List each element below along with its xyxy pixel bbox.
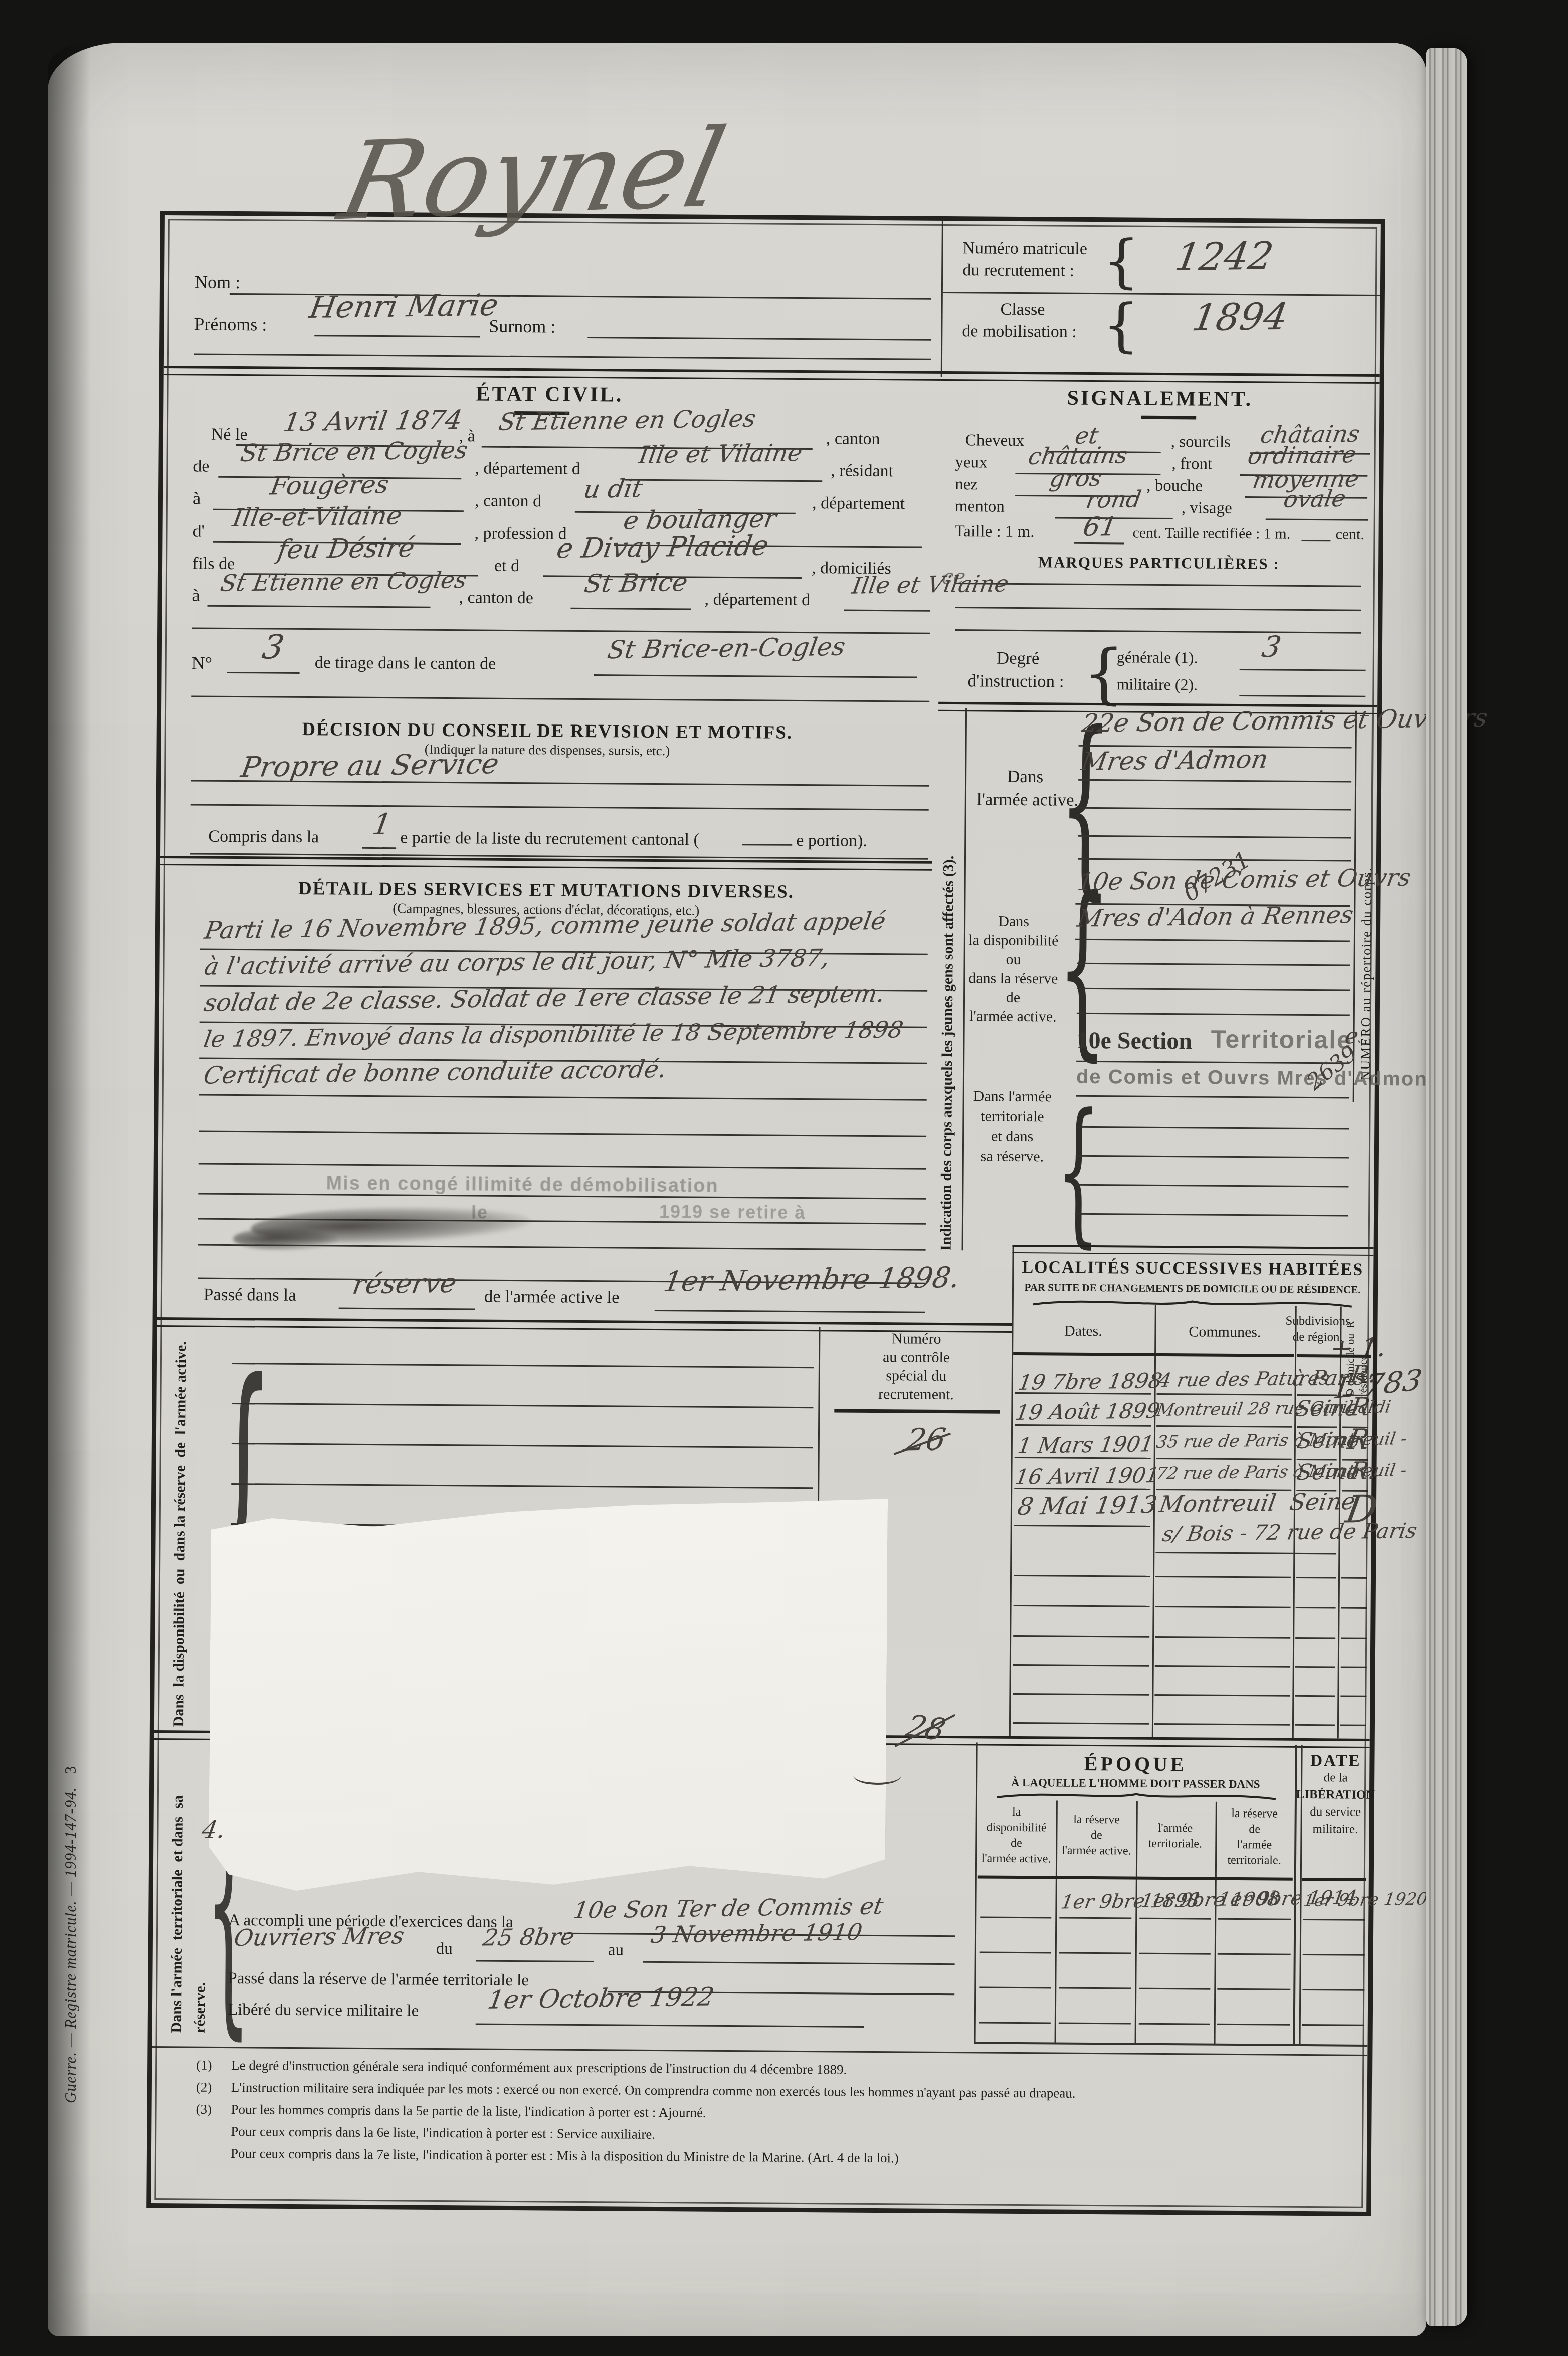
col-header-communes: Communes. xyxy=(1154,1323,1295,1341)
matricule-label2: du recrutement : xyxy=(962,261,1074,281)
numero-tirage-value: 3 xyxy=(260,628,287,666)
rule-line xyxy=(232,1363,814,1368)
localites-subtitle: PAR SUITE DE CHANGEMENTS DE DOMICILE OU … xyxy=(1012,1281,1373,1296)
rule-line xyxy=(1059,1952,1131,1954)
periode-debut-value: 25 8bre xyxy=(481,1923,577,1951)
footnote-text: Pour ceux compris dans la 7e liste, l'in… xyxy=(231,2146,899,2166)
label-line: Numéro xyxy=(892,1329,941,1348)
rule-line xyxy=(1155,1665,1290,1668)
rule-line xyxy=(1240,669,1366,671)
rule-line xyxy=(1075,1184,1348,1188)
rule-line xyxy=(1075,939,1350,942)
rule-line xyxy=(1139,1953,1211,1955)
conge-stamp-date: 1919 se retire à xyxy=(659,1201,806,1223)
footnote-text: Le degré d'instruction générale sera ind… xyxy=(231,2058,847,2078)
label-line: et dans xyxy=(991,1127,1033,1147)
flourish-divider xyxy=(996,1789,1277,1802)
departement-label: , département d xyxy=(704,590,810,610)
rule-line xyxy=(1014,1488,1150,1490)
rule-line xyxy=(1013,1664,1149,1667)
photo-of-register: { "colors":{"paper":"#d7d6d1","patch_pap… xyxy=(0,0,1568,2356)
departement-label: , département d xyxy=(475,459,580,478)
rule-line xyxy=(1296,1607,1336,1609)
rule-line xyxy=(1295,1695,1335,1697)
generale-label: générale (1). xyxy=(1117,648,1198,667)
label-line: la réserve xyxy=(1231,1806,1278,1822)
rule-line xyxy=(199,1094,927,1101)
footnote-text: Pour ceux compris dans la 6e liste, l'in… xyxy=(231,2124,655,2142)
label-line: Dans xyxy=(998,912,1029,931)
label-line: l'armée active. xyxy=(172,1341,189,1435)
residant-label: , résidant xyxy=(831,461,893,481)
rule-line xyxy=(974,2042,1368,2046)
mere-value: e Divay Placide xyxy=(554,530,771,565)
label-line: de xyxy=(172,1442,189,1458)
localite-date: 8 Mai 1913 xyxy=(1016,1491,1159,1521)
rule-line xyxy=(1217,1988,1290,1990)
rule-line xyxy=(1295,1666,1335,1668)
rule-line xyxy=(1156,1458,1292,1460)
rule-line xyxy=(1013,1635,1149,1638)
rule-line xyxy=(1013,1722,1149,1725)
epoque-col2-header: la réserve de l'armée active. xyxy=(1058,1812,1135,1859)
label-line: ou xyxy=(171,1568,188,1584)
canton-naissance-value: St Brice en Cogles xyxy=(238,436,470,467)
rule-line xyxy=(1303,1919,1365,1921)
instruction-label: d'instruction : xyxy=(967,671,1064,691)
controle-number-1: 26 xyxy=(904,1422,948,1458)
label-line: l'armée active. xyxy=(969,1007,1057,1026)
rule-line xyxy=(1139,2023,1210,2025)
label-line: ou xyxy=(1006,950,1021,969)
rule-line xyxy=(980,1951,1051,1953)
menton-value: rond xyxy=(1084,485,1143,513)
label-line: de la xyxy=(1324,1769,1348,1786)
rule-line xyxy=(570,608,691,610)
dispo-reserve-side-label: Dans la disponibilité ou dans la réserve… xyxy=(167,1336,216,1727)
localite-dr: R. xyxy=(1348,1457,1379,1485)
cheveux-label: Cheveux xyxy=(965,431,1025,450)
rule-line xyxy=(1014,1575,1150,1577)
yeux-label: yeux xyxy=(955,453,987,472)
footnote-text: L'instruction militaire sera indiquée pa… xyxy=(231,2080,1076,2101)
matricule-value: 1242 xyxy=(1172,234,1277,280)
label-line: territoriale. xyxy=(1227,1853,1281,1869)
rule-line xyxy=(1157,1393,1292,1396)
rule-line xyxy=(1295,1724,1335,1726)
rule-line xyxy=(1076,1061,1349,1064)
rule-line xyxy=(191,695,929,702)
rule-line xyxy=(1076,1126,1349,1130)
profession-label: , profession d xyxy=(474,524,566,543)
rule-line xyxy=(1076,1095,1349,1099)
rule-line xyxy=(1015,1424,1151,1427)
rule-line xyxy=(643,1961,955,1965)
canton-parents-value: St Brice xyxy=(582,568,690,598)
rule-line xyxy=(594,674,917,678)
epoque-value: 1er 9bre 1920 xyxy=(1302,1889,1429,1911)
footnote-text: Pour les hommes compris dans la 5e parti… xyxy=(231,2102,706,2121)
rule-line xyxy=(742,844,792,846)
rule-line xyxy=(1077,1013,1350,1016)
label-line: disponibilité xyxy=(986,1820,1046,1836)
label-line: la disponibilité xyxy=(968,931,1058,950)
canton-label: , canton xyxy=(826,429,880,449)
rule-line xyxy=(955,629,1361,634)
rule-line xyxy=(232,1443,813,1448)
nom-label: Nom : xyxy=(194,271,240,293)
ne-le-value: 13 Avril 1874 xyxy=(281,405,465,438)
book-page-edges xyxy=(1426,48,1467,2326)
militaire-label: militaire (2). xyxy=(1116,675,1198,694)
rule-line xyxy=(587,337,931,341)
rule-line xyxy=(1015,1457,1151,1459)
rule-line xyxy=(1239,695,1365,697)
rule-line xyxy=(1076,1155,1349,1159)
rule-line xyxy=(207,605,430,608)
label-line: et dans xyxy=(169,1817,186,1862)
passe-reserve-date: 1er Novembre 1898. xyxy=(661,1261,962,1298)
nom-script-value: Roynel xyxy=(330,105,735,245)
label-line: Dans l'armée xyxy=(168,1948,185,2033)
rule-line xyxy=(979,2022,1051,2024)
label-line: DATE xyxy=(1310,1752,1361,1770)
label-line: de xyxy=(1091,1828,1102,1843)
brace-icon: { xyxy=(1056,1093,1101,1250)
rule-line xyxy=(1296,1577,1336,1579)
rule-line xyxy=(1077,988,1350,991)
rule-line xyxy=(1059,2023,1131,2025)
rule-line xyxy=(194,353,931,360)
rule-line xyxy=(1266,518,1368,520)
flourish-divider xyxy=(1032,1295,1353,1310)
etat-civil-title: ÉTAT CIVIL. xyxy=(163,380,935,409)
rule-line xyxy=(1154,1694,1290,1697)
rule-line xyxy=(476,2023,864,2027)
rule-line xyxy=(476,1960,594,1962)
departement-residence-value: Ille-et-Vilaine xyxy=(231,501,405,532)
rule-line xyxy=(231,1483,813,1489)
canton-residence-value: u dit xyxy=(581,474,645,504)
label-line: du service xyxy=(1310,1803,1361,1821)
rule-line xyxy=(1218,1953,1291,1955)
label-line: de xyxy=(1011,1836,1022,1851)
decision-value: Propre au Service xyxy=(239,748,501,784)
label-line: Dans xyxy=(170,1694,187,1727)
canton-tirage-value: St Brice-en-Cogles xyxy=(606,632,848,664)
rule-line xyxy=(1217,2024,1290,2026)
services-line: le 1897. Envoyé dans la disponibilité le… xyxy=(202,1016,905,1052)
rule-line xyxy=(1014,1605,1150,1607)
label-line: l'armée active. xyxy=(1062,1843,1131,1859)
column-divider xyxy=(941,221,943,377)
controle-header: Numéro au contrôle spécial du recrutemen… xyxy=(823,1329,1009,1404)
rule-line xyxy=(1154,1723,1290,1726)
rule-line xyxy=(1013,1352,1294,1357)
passe-territoriale-label: Passé dans la réserve de l'armée territo… xyxy=(228,1969,529,1990)
brace-icon: { xyxy=(1102,297,1139,355)
rule-line xyxy=(980,1916,1051,1918)
rule-line xyxy=(1078,835,1351,839)
passe-reserve-label2: de l'armée active le xyxy=(484,1287,620,1308)
territoriale-stamp: Territoriale xyxy=(1211,1025,1352,1055)
localites-title: LOCALITÉS SUCCESSIVES HABITÉES xyxy=(1012,1258,1373,1280)
signalement-title: SIGNALEMENT. xyxy=(940,385,1379,412)
rule-line xyxy=(1078,807,1351,811)
armee-active-label: Dans xyxy=(1007,767,1043,787)
corps-active-value2: Mres d'Admon xyxy=(1079,745,1270,776)
cent-label: cent. xyxy=(1335,526,1364,543)
rule-line xyxy=(1156,1425,1292,1428)
localite-commune-line2: s/ Bois - 72 rue de Paris xyxy=(1160,1518,1419,1546)
section-10-print: 10e Section xyxy=(1076,1027,1192,1055)
compris-label: Compris dans la xyxy=(208,827,319,847)
rule-line xyxy=(1155,1636,1290,1639)
rule-line xyxy=(1302,1878,1366,1881)
rule-line xyxy=(1059,1987,1131,1989)
epoque-col3-header: l'armée territoriale. xyxy=(1137,1821,1213,1852)
rule-line xyxy=(1155,1552,1336,1555)
localite-date: 19 7bre 1898 xyxy=(1017,1368,1164,1395)
conge-stamp: Mis en congé illimité de démobilisation xyxy=(326,1173,719,1197)
services-line: Certificat de bonne conduite accordé. xyxy=(202,1055,669,1090)
rule-line xyxy=(979,1986,1051,1988)
rule-line xyxy=(1075,1213,1348,1217)
localite-dr: R xyxy=(1345,1423,1372,1457)
rule-line xyxy=(955,607,1361,611)
rule-line xyxy=(1341,1607,1367,1609)
taille-label: Taille : 1 m. xyxy=(954,522,1034,541)
territoriale-label: Dans l'armée territoriale et dans sa rés… xyxy=(964,1086,1060,1167)
epoque-col1-header: la disponibilité de l'armée active. xyxy=(978,1804,1055,1867)
canton-label: , canton de xyxy=(459,588,533,608)
visage-label: , visage xyxy=(1182,499,1232,518)
libere-value: 1er Octobre 1922 xyxy=(486,1982,716,2014)
passe-reserve-label: Passé dans la xyxy=(204,1285,296,1305)
label-line: l'armée xyxy=(1237,1837,1272,1853)
title-rule xyxy=(1141,416,1196,420)
label-line: l'armée active. xyxy=(982,1851,1051,1867)
domicile-parents-value: St Etienne en Cogles xyxy=(219,566,469,597)
rule-line xyxy=(1303,1954,1365,1956)
label-line: LIBÉRATION xyxy=(1296,1786,1375,1804)
canton-label: , canton d xyxy=(475,491,541,511)
degre-label: Degré xyxy=(997,648,1040,669)
compris-label3: e portion). xyxy=(796,831,867,851)
a-label: à xyxy=(192,586,200,605)
visage-value: ovale xyxy=(1282,485,1348,513)
rule-line xyxy=(1302,1989,1364,1991)
rule-line xyxy=(1077,963,1350,966)
liberation-col-header: DATE de la LIBÉRATION du service militai… xyxy=(1301,1752,1369,1838)
departement-parents-value: Ille et Vilaine xyxy=(850,570,1011,599)
departement-value: Ille et Vilaine xyxy=(637,439,804,469)
rule-line xyxy=(1302,2024,1364,2026)
glued-paper-patch xyxy=(209,1494,888,1895)
compris-value: 1 xyxy=(370,807,394,841)
footnote-marker: (1) xyxy=(196,2058,212,2073)
rule-line xyxy=(362,847,396,849)
rule-line xyxy=(1295,1637,1335,1639)
label-line: l'armée xyxy=(1158,1821,1193,1836)
label-line: spécial du xyxy=(886,1366,946,1385)
rule-line xyxy=(152,2046,1367,2056)
localite-dr: R. xyxy=(1349,1360,1380,1389)
de-label: de xyxy=(193,457,209,476)
rule-line xyxy=(227,672,300,674)
du-label: du xyxy=(436,1940,453,1958)
commis-ouvriers-stamp: de Comis et Ouvrs Mres d'Admon xyxy=(1076,1066,1428,1091)
surnom-label: Surnom : xyxy=(489,316,555,337)
compris-label2: e partie de la liste du recrutement cant… xyxy=(400,828,699,849)
taille-rectifiee-label: cent. Taille rectifiée : 1 m. xyxy=(1132,525,1290,543)
et-de-label: et d xyxy=(494,557,519,576)
label-line: dans la réserve xyxy=(171,1465,188,1561)
footnote-marker: (2) xyxy=(196,2080,212,2095)
pen-flourish xyxy=(853,1767,901,1785)
rule-line xyxy=(339,1308,475,1310)
label-line: sa réserve. xyxy=(980,1146,1044,1167)
departement-label: , département xyxy=(812,494,905,513)
rule-line xyxy=(955,583,1361,587)
taille-value: 61 xyxy=(1081,512,1119,542)
rule-line xyxy=(844,610,930,612)
label-line: au contrôle xyxy=(883,1348,950,1367)
label-line: territoriale xyxy=(981,1106,1044,1127)
column-divider xyxy=(1055,1801,1058,2044)
numero-tirage-label: N° xyxy=(192,652,213,673)
libere-label: Libéré du service militaire le xyxy=(228,2001,419,2021)
label-line: territoriale xyxy=(169,1870,186,1941)
label-line: la disponibilité xyxy=(170,1592,187,1687)
corps-side-label: Indication des corps auxquels les jeunes… xyxy=(938,714,958,1251)
corps-dispo-value2: Mres d'Adon à Rennes xyxy=(1075,900,1355,933)
rule-line xyxy=(1218,1918,1291,1920)
pere-value: feu Désiré xyxy=(275,533,417,565)
rule-line xyxy=(834,1409,1000,1413)
periode-fin-value: 3 Novembre 1910 xyxy=(649,1918,864,1948)
rule-line xyxy=(1139,1988,1210,1990)
classe-label2: de mobilisation : xyxy=(962,322,1077,342)
accompli-value2: Ouvriers Mres xyxy=(232,1922,406,1951)
spine-shadow xyxy=(48,43,90,2336)
register-page: Guerre. — Registre matricule. — 1994-147… xyxy=(48,43,1426,2336)
rule-line xyxy=(1341,1667,1367,1668)
epoque-col4-header: la réserve de l'armée territoriale. xyxy=(1216,1806,1293,1869)
passe-reserve-value: réserve xyxy=(350,1267,459,1300)
label-line: recrutement. xyxy=(878,1385,954,1404)
localite-date: 16 Avril 1901 xyxy=(1013,1463,1161,1489)
epoque-title: ÉPOQUE xyxy=(976,1751,1295,1776)
rule-line xyxy=(1340,1725,1366,1726)
rule-line xyxy=(314,335,480,337)
rule-line xyxy=(1139,1918,1211,1920)
rule-line xyxy=(1155,1606,1291,1608)
rule-line xyxy=(1301,540,1330,541)
ink-smudge xyxy=(233,1227,338,1251)
label-line: la xyxy=(1012,1804,1021,1820)
disponibilite-label: Dans la disponibilité ou dans la réserve… xyxy=(965,912,1062,1026)
a-label: à xyxy=(193,489,201,508)
brace-icon: { xyxy=(1103,233,1140,291)
nez-label: nez xyxy=(955,475,978,494)
classe-label: Classe xyxy=(1001,300,1045,320)
rule-line xyxy=(1074,542,1124,545)
footnote-marker: (3) xyxy=(195,2102,212,2117)
rule-line xyxy=(199,1131,926,1137)
label-line: Dans l'armée xyxy=(973,1086,1051,1107)
label-line: territoriale. xyxy=(1148,1836,1202,1852)
au-label: au xyxy=(608,1941,624,1959)
rule-line xyxy=(191,780,929,786)
prenoms-label: Prénoms : xyxy=(194,313,267,335)
repertoire-side-label: NUMÉRO au répertoire du corps. xyxy=(1358,720,1376,1081)
rule-line xyxy=(943,292,1380,296)
rule-line xyxy=(624,479,822,482)
menton-label: menton xyxy=(955,497,1005,516)
rule-line xyxy=(1341,1577,1367,1579)
label-line: dans la réserve xyxy=(968,969,1058,988)
rule-line xyxy=(655,1310,925,1313)
rule-line xyxy=(1341,1638,1367,1639)
rule-line xyxy=(1013,1693,1149,1696)
front-label: , front xyxy=(1171,455,1212,474)
col-header-dates: Dates. xyxy=(1012,1322,1154,1340)
rule-line xyxy=(1059,1917,1131,1919)
matricule-label: Numéro matricule xyxy=(962,239,1087,259)
sourcils-label: , sourcils xyxy=(1171,433,1231,452)
accompli-value: 10e Son Ter de Commis et xyxy=(571,1892,885,1923)
localite-commune: Montreuil xyxy=(1157,1489,1278,1518)
label-line: la réserve xyxy=(1073,1812,1120,1828)
margin-number: 4. xyxy=(200,1816,227,1844)
rule-line xyxy=(1297,1354,1371,1358)
rule-line xyxy=(199,1163,926,1170)
rule-line xyxy=(232,1403,813,1408)
residence-value: Fougères xyxy=(268,470,391,500)
label-line: militaire. xyxy=(1312,1821,1358,1838)
label-line: de xyxy=(1006,988,1021,1007)
degre-generale-value: 3 xyxy=(1260,630,1284,664)
rule-line xyxy=(1155,1576,1291,1578)
label-line: de xyxy=(1249,1822,1260,1837)
bouche-label: , bouche xyxy=(1146,477,1203,496)
rule-line xyxy=(191,804,929,810)
rule-line xyxy=(1340,1696,1366,1697)
classe-value: 1894 xyxy=(1189,295,1291,340)
rule-line xyxy=(1014,1525,1150,1527)
localite-date: 1 Mars 1901 xyxy=(1016,1431,1156,1458)
rule-line xyxy=(1078,858,1351,862)
matricule-form: Roynel Nom : Prénoms : Henri Marie Surno… xyxy=(146,211,1385,2216)
localite-date: 19 Août 1899 xyxy=(1014,1398,1162,1425)
table-border xyxy=(1009,1245,1014,1736)
d-label: d' xyxy=(192,522,204,541)
lieu-naissance-value: St Etienne en Cogles xyxy=(497,405,758,436)
tirage-label: de tirage dans le canton de xyxy=(315,653,496,674)
rule-line xyxy=(1078,779,1351,783)
prenoms-value: Henri Marie xyxy=(307,288,501,325)
